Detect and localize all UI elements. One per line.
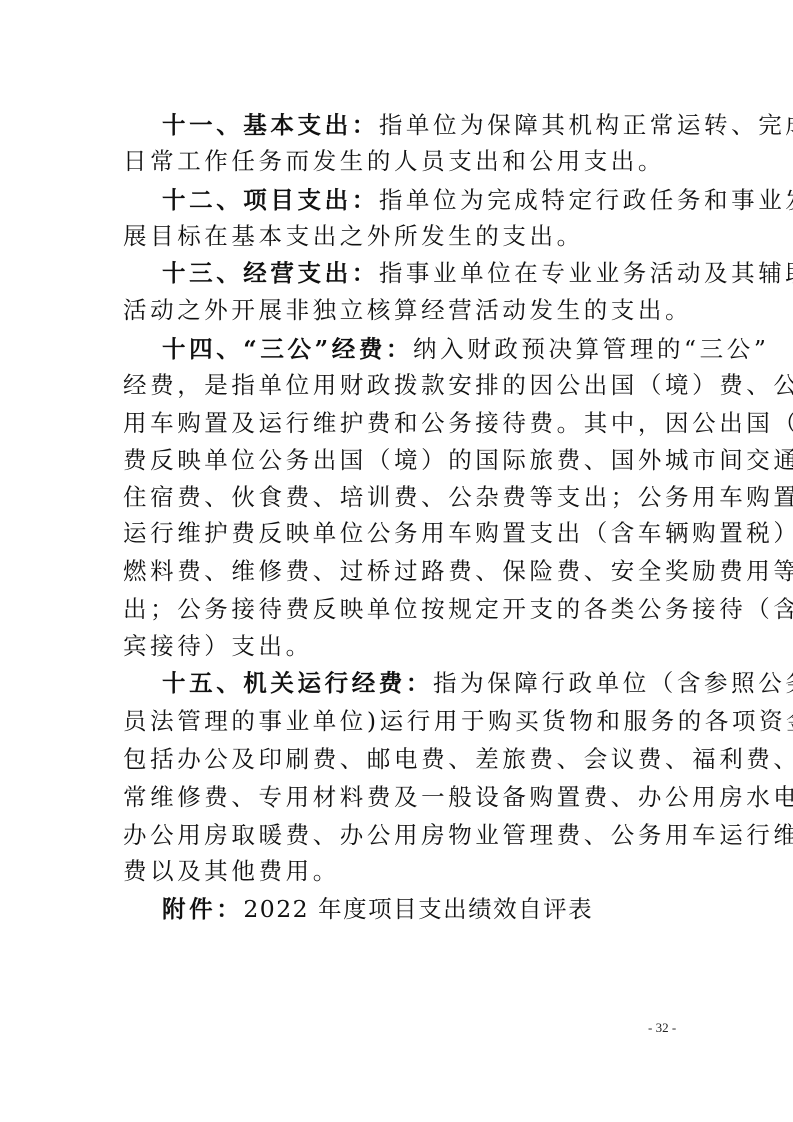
page-number: - 32 - [648,1020,676,1036]
section-15-line-5: 办公用房取暖费、办公用房物业管理费、公务用车运行维护 [123,820,665,850]
section-14-line-5: 住宿费、伙食费、培训费、公杂费等支出；公务用车购置及 [123,482,665,512]
section-15-line-2: 员法管理的事业单位)运行用于购买货物和服务的各项资金， [123,706,665,736]
section-13-line-2: 活动之外开展非独立核算经营活动发生的支出。 [123,295,665,325]
attachment-text: 2022 年度项目支出绩效自评表 [243,895,593,923]
attachment-label: 附件： [162,895,243,923]
section-14-line-8: 出；公务接待费反映单位按规定开支的各类公务接待（含外 [123,594,665,624]
section-13-heading: 十三、经营支出： [162,259,379,287]
section-12-line-2: 展目标在基本支出之外所发生的支出。 [123,221,665,251]
section-15-line-6: 费以及其他费用。 [123,856,665,886]
section-11-line-2: 日常工作任务而发生的人员支出和公用支出。 [123,146,665,176]
section-14-line-7: 燃料费、维修费、过桥过路费、保险费、安全奖励费用等支 [123,556,665,586]
section-14-line-2: 经费，是指单位用财政拨款安排的因公出国（境）费、公务 [123,370,665,400]
section-14-line-3: 用车购置及运行维护费和公务接待费。其中，因公出国（境） [123,408,665,438]
section-15-line-1: 十五、机关运行经费：指为保障行政单位（含参照公务 [162,668,665,698]
section-15-line-3: 包括办公及印刷费、邮电费、差旅费、会议费、福利费、日 [123,744,665,774]
section-11-heading: 十一、基本支出： [162,111,379,139]
section-15-heading: 十五、机关运行经费： [162,669,433,697]
attachment-line: 附件：2022 年度项目支出绩效自评表 [162,894,593,924]
section-11-line-1: 十一、基本支出：指单位为保障其机构正常运转、完成 [162,110,665,140]
section-15-line-4: 常维修费、专用材料费及一般设备购置费、办公用房水电费、 [123,782,665,812]
section-14-line-6: 运行维护费反映单位公务用车购置支出（含车辆购置税）及 [123,518,665,548]
section-14-line-1: 十四、“三公”经费：纳入财政预决算管理的“三公” [162,334,665,364]
section-12-line-1: 十二、项目支出：指单位为完成特定行政任务和事业发 [162,185,665,215]
section-14-line-9: 宾接待）支出。 [123,631,665,661]
section-13-line-1: 十三、经营支出：指事业单位在专业业务活动及其辅助 [162,258,665,288]
section-14-line-4: 费反映单位公务出国（境）的国际旅费、国外城市间交通费、 [123,445,665,475]
section-12-heading: 十二、项目支出： [162,186,379,214]
section-14-heading: 十四、“三公”经费： [162,335,413,363]
document-page: 十一、基本支出：指单位为保障其机构正常运转、完成 日常工作任务而发生的人员支出和… [0,0,793,1122]
